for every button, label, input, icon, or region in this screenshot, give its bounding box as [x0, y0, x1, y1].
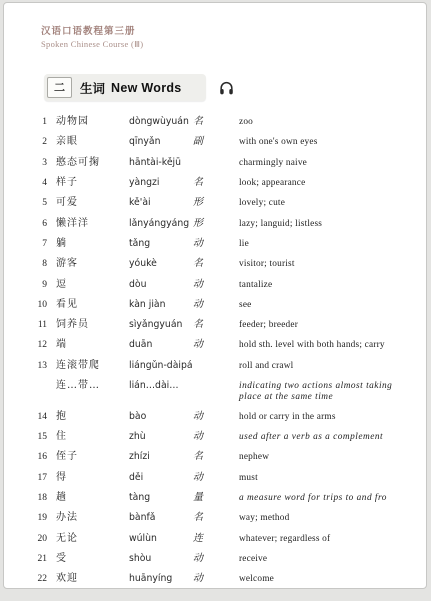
word-pinyin: lián…dài… [129, 381, 193, 392]
word-row: 12 端 duān 动 hold sth. level with both ha… [34, 335, 408, 355]
word-part-of-speech: 名 [193, 116, 239, 128]
word-pinyin: huānyíng [129, 574, 193, 585]
word-part-of-speech: 动 [193, 573, 239, 585]
word-number: 2 [34, 137, 56, 148]
word-subrow: 连…带… lián…dài… indicating two actions al… [34, 376, 408, 407]
section-title-english: New Words [111, 81, 182, 95]
word-number: 7 [34, 239, 56, 250]
word-english: tantalize [239, 280, 408, 291]
word-row: 15 住 zhù 动 used after a verb as a comple… [34, 427, 408, 447]
book-title-english: Spoken Chinese Course (Ⅲ) [41, 39, 426, 50]
word-hanzi: 逗 [56, 279, 129, 291]
word-row: 20 无论 wúlùn 连 whatever; regardless of [34, 529, 408, 549]
word-number: 18 [34, 493, 56, 504]
word-pinyin: sìyǎngyuán [129, 320, 193, 331]
word-row: 10 看见 kàn jiàn 动 see [34, 295, 408, 315]
word-number: 3 [34, 158, 56, 169]
word-part-of-speech: 形 [193, 218, 239, 230]
word-part-of-speech: 动 [193, 339, 239, 351]
word-hanzi: 样子 [56, 177, 129, 189]
word-part-of-speech: 名 [193, 451, 239, 463]
book-header: 汉语口语教程第三册 Spoken Chinese Course (Ⅲ) [41, 23, 426, 50]
section-pill: 二 生词 New Words [44, 74, 206, 101]
word-hanzi: 连…带… [56, 380, 129, 392]
word-part-of-speech: 形 [193, 197, 239, 209]
word-pinyin: yóukè [129, 259, 193, 270]
word-pinyin: qīnyǎn [129, 137, 193, 148]
word-hanzi: 饲养员 [56, 319, 129, 331]
word-number: 10 [34, 300, 56, 311]
textbook-page: 汉语口语教程第三册 Spoken Chinese Course (Ⅲ) 二 生词… [3, 2, 427, 589]
word-pinyin: zhù [129, 432, 193, 443]
word-english: receive [239, 554, 408, 565]
word-english: hold sth. level with both hands; carry [239, 340, 408, 351]
word-number: 8 [34, 259, 56, 270]
word-english: whatever; regardless of [239, 534, 408, 545]
word-hanzi: 得 [56, 472, 129, 484]
word-part-of-speech: 副 [193, 136, 239, 148]
word-number: 14 [34, 412, 56, 423]
word-hanzi: 躺 [56, 238, 129, 250]
word-part-of-speech: 名 [193, 512, 239, 524]
word-english: a measure word for trips to and fro [239, 493, 408, 504]
word-english: indicating two actions almost taking pla… [239, 381, 408, 402]
word-row: 2 亲眼 qīnyǎn 副 with one's own eyes [34, 132, 408, 152]
word-row: 14 抱 bào 动 hold or carry in the arms [34, 407, 408, 427]
word-hanzi: 动物园 [56, 116, 129, 128]
word-hanzi: 受 [56, 553, 129, 565]
word-row: 7 躺 tǎng 动 lie [34, 234, 408, 254]
word-part-of-speech: 量 [193, 492, 239, 504]
word-number: 15 [34, 432, 56, 443]
word-pinyin: hāntài-kějū [129, 158, 193, 169]
word-part-of-speech: 名 [193, 319, 239, 331]
word-row: 9 逗 dòu 动 tantalize [34, 275, 408, 295]
word-hanzi: 趟 [56, 492, 129, 504]
word-english: used after a verb as a complement [239, 432, 408, 443]
word-number: 16 [34, 452, 56, 463]
word-row: 8 游客 yóukè 名 visitor; tourist [34, 254, 408, 274]
word-pinyin: duān [129, 340, 193, 351]
word-english: lovely; cute [239, 198, 408, 209]
word-number: 19 [34, 513, 56, 524]
word-number: 12 [34, 340, 56, 351]
word-pinyin: tàng [129, 493, 193, 504]
word-number: 1 [34, 117, 56, 128]
word-number: 20 [34, 534, 56, 545]
word-row: 18 趟 tàng 量 a measure word for trips to … [34, 488, 408, 508]
word-row: 22 欢迎 huānyíng 动 welcome [34, 569, 408, 589]
book-title-chinese: 汉语口语教程第三册 [41, 23, 426, 37]
word-english: zoo [239, 117, 408, 128]
word-english: roll and crawl [239, 361, 408, 372]
word-english: hold or carry in the arms [239, 412, 408, 423]
word-english: lie [239, 239, 408, 250]
word-part-of-speech: 连 [193, 533, 239, 545]
word-hanzi: 憨态可掬 [56, 157, 129, 169]
word-number: 17 [34, 473, 56, 484]
word-pinyin: yàngzi [129, 178, 193, 189]
word-english: lazy; languid; listless [239, 219, 408, 230]
word-part-of-speech: 名 [193, 177, 239, 189]
word-english: feeder; breeder [239, 320, 408, 331]
section-title-chinese: 生词 [80, 79, 105, 97]
new-words-list: 1 动物园 dòngwùyuán 名 zoo 2 亲眼 qīnyǎn 副 wit… [34, 112, 408, 589]
word-pinyin: zhízi [129, 452, 193, 463]
headphones-icon [218, 80, 235, 96]
word-row: 1 动物园 dòngwùyuán 名 zoo [34, 112, 408, 132]
word-pinyin: liángǔn-dàipá [129, 361, 193, 372]
section-header: 二 生词 New Words [44, 74, 426, 101]
word-row: 3 憨态可掬 hāntài-kějū charmingly naive [34, 153, 408, 173]
word-hanzi: 欢迎 [56, 573, 129, 585]
word-number: 9 [34, 280, 56, 291]
word-pinyin: dòu [129, 280, 193, 291]
word-part-of-speech: 动 [193, 411, 239, 423]
word-hanzi: 抱 [56, 411, 129, 423]
word-row: 16 侄子 zhízi 名 nephew [34, 447, 408, 467]
word-part-of-speech: 动 [193, 431, 239, 443]
word-part-of-speech: 动 [193, 299, 239, 311]
word-hanzi: 无论 [56, 533, 129, 545]
word-hanzi: 住 [56, 431, 129, 443]
word-row: 6 懒洋洋 lǎnyángyáng 形 lazy; languid; listl… [34, 214, 408, 234]
word-hanzi: 侄子 [56, 451, 129, 463]
word-english: charmingly naive [239, 158, 408, 169]
word-part-of-speech: 动 [193, 238, 239, 250]
word-hanzi: 看见 [56, 299, 129, 311]
word-english: welcome [239, 574, 408, 585]
word-english: visitor; tourist [239, 259, 408, 270]
word-hanzi: 端 [56, 339, 129, 351]
word-hanzi: 游客 [56, 258, 129, 270]
word-pinyin: kě'ài [129, 198, 193, 209]
word-hanzi: 连滚带爬 [56, 360, 129, 372]
word-english: with one's own eyes [239, 137, 408, 148]
word-hanzi: 可爱 [56, 197, 129, 209]
word-english: see [239, 300, 408, 311]
word-english: look; appearance [239, 178, 408, 189]
word-pinyin: bànfǎ [129, 513, 193, 524]
word-number: 22 [34, 574, 56, 585]
word-row: 21 受 shòu 动 receive [34, 549, 408, 569]
word-pinyin: kàn jiàn [129, 300, 193, 311]
word-number: 13 [34, 361, 56, 372]
word-row: 4 样子 yàngzi 名 look; appearance [34, 173, 408, 193]
word-pinyin: shòu [129, 554, 193, 565]
word-number: 6 [34, 219, 56, 230]
word-english: way; method [239, 513, 408, 524]
word-part-of-speech: 动 [193, 279, 239, 291]
word-number: 5 [34, 198, 56, 209]
word-row: 5 可爱 kě'ài 形 lovely; cute [34, 193, 408, 213]
word-row: 13 连滚带爬 liángǔn-dàipá roll and crawl [34, 356, 408, 376]
word-hanzi: 亲眼 [56, 136, 129, 148]
word-pinyin: děi [129, 473, 193, 484]
word-part-of-speech: 名 [193, 258, 239, 270]
word-number: 21 [34, 554, 56, 565]
section-number-badge: 二 [47, 77, 72, 98]
word-number: 4 [34, 178, 56, 189]
word-english: nephew [239, 452, 408, 463]
word-hanzi: 办法 [56, 512, 129, 524]
word-row: 11 饲养员 sìyǎngyuán 名 feeder; breeder [34, 315, 408, 335]
word-pinyin: bào [129, 412, 193, 423]
word-pinyin: dòngwùyuán [129, 117, 193, 128]
word-part-of-speech: 动 [193, 553, 239, 565]
word-row: 17 得 děi 动 must [34, 468, 408, 488]
word-hanzi: 懒洋洋 [56, 218, 129, 230]
word-pinyin: tǎng [129, 239, 193, 250]
word-pinyin: lǎnyángyáng [129, 219, 193, 230]
word-number: 11 [34, 320, 56, 331]
word-english: must [239, 473, 408, 484]
word-row: 19 办法 bànfǎ 名 way; method [34, 508, 408, 528]
word-part-of-speech: 动 [193, 472, 239, 484]
word-pinyin: wúlùn [129, 534, 193, 545]
